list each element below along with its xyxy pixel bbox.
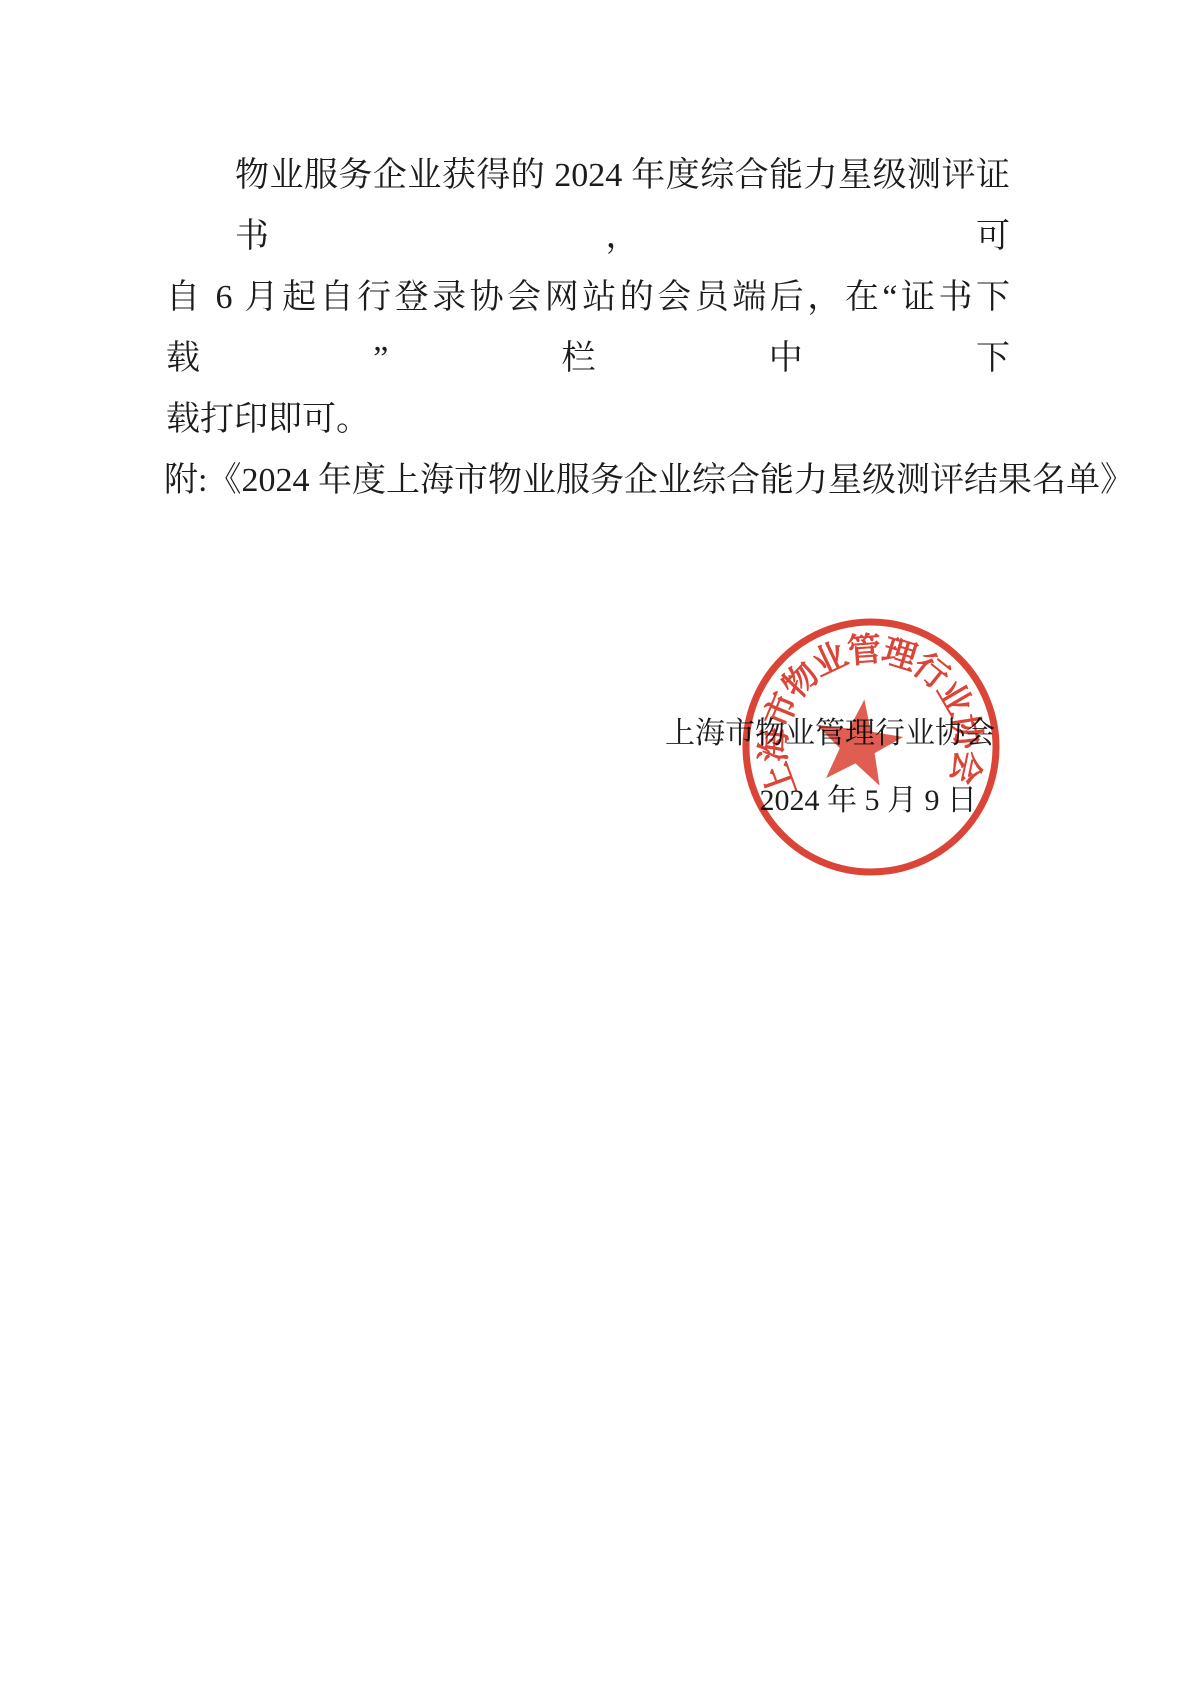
attachment-reference: 附:《2024 年度上海市物业服务企业综合能力星级测评结果名单》 [164,450,1064,511]
paragraph-line: 载打印即可。 [166,389,1010,450]
stamp-ring-char: 管 [846,630,883,671]
stamp-ring-char: 海 [755,728,794,763]
paragraph-line: 物业服务企业获得的 2024 年度综合能力星级测评证书，可 [166,145,1010,267]
document-page: 物业服务企业获得的 2024 年度综合能力星级测评证书，可 自 6 月起自行登录… [0,0,1190,1683]
official-seal-stamp: 上海市物业管理行业协会 [736,612,1006,882]
stamp-ring-char: 会 [943,747,987,788]
stamp-ring-char: 上 [757,757,804,802]
star-icon [810,693,908,788]
paragraph-line: 自 6 月起自行登录协会网站的会员端后，在“证书下载”栏中下 [166,267,1010,389]
body-paragraph: 物业服务企业获得的 2024 年度综合能力星级测评证书，可 自 6 月起自行登录… [166,145,1010,450]
